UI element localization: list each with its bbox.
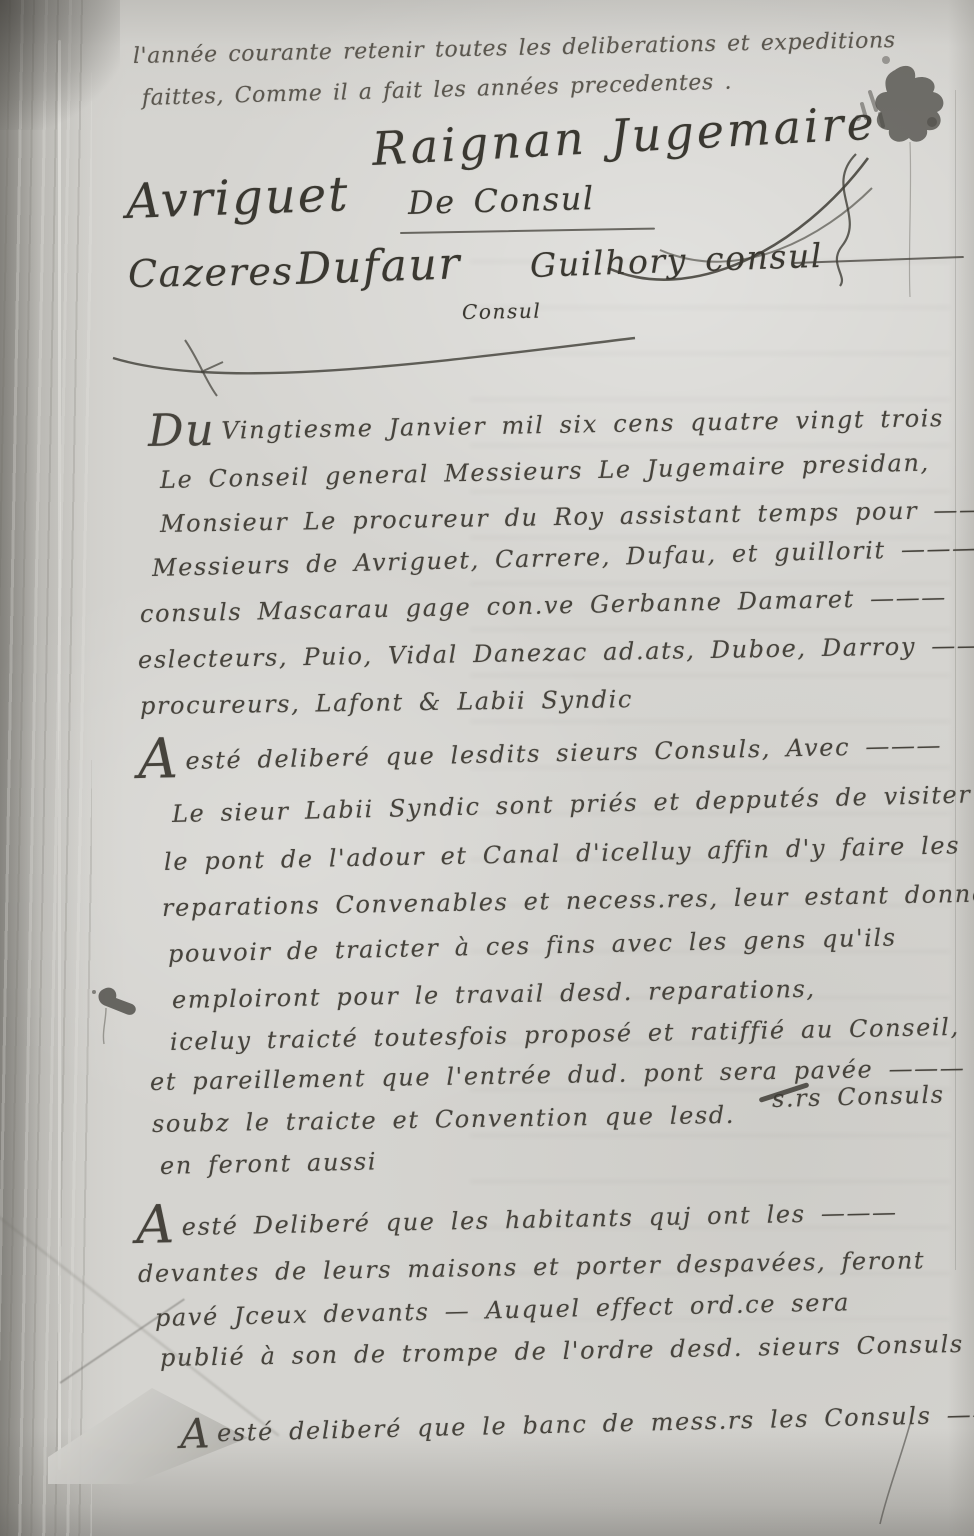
paragraph-initial: A — [135, 1195, 176, 1257]
corner-shadow — [0, 0, 120, 130]
book-gutter — [0, 0, 92, 1536]
manuscript-line: publié à son de trompe de l'ordre desd. … — [160, 1330, 964, 1372]
signature-cazeres: Cazeres — [128, 249, 294, 296]
page-edge-highlight — [58, 40, 61, 1470]
paragraph-initial: A — [137, 727, 180, 792]
paragraph-initial: Du — [148, 405, 216, 457]
manuscript-line: en feront aussi — [160, 1147, 378, 1180]
manuscript-line: Aesté deliberé que le banc de mess.rs le… — [180, 1399, 974, 1448]
descender-flourish — [870, 1420, 920, 1530]
signature-avriguet-title: De Consul — [408, 179, 596, 222]
manuscript-page: l'année courante retenir toutes les deli… — [0, 0, 974, 1536]
paragraph-initial: A — [179, 1409, 211, 1458]
signature-dufaur: Dufaur — [295, 238, 462, 295]
manuscript-line: l'année courante retenir toutes les deli… — [133, 28, 896, 69]
ink-smudge-mark — [88, 980, 148, 1050]
manuscript-line: faittes, Comme il a fait les années prec… — [142, 70, 733, 111]
signature-row-flourish — [105, 300, 645, 400]
manuscript-line-text: esté deliberé que le banc de mess.rs les… — [217, 1399, 974, 1447]
signature-avriguet: Avriguet — [125, 166, 350, 230]
